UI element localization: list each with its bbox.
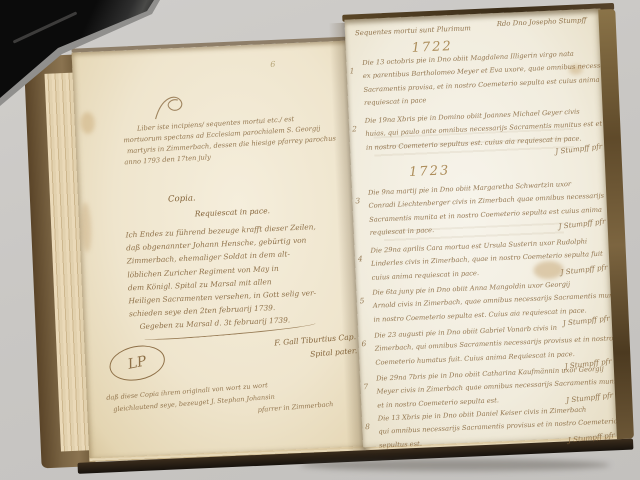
entry-margin-number: 1 <box>349 66 354 75</box>
certificate-body: Ich Endes zu führend bezeuge krafft dies… <box>125 218 359 334</box>
requiescat-line: Requiescat in pace. <box>195 206 271 218</box>
scanner-arm-glint <box>13 11 78 43</box>
fox-spot <box>80 112 95 135</box>
right-page: Sequentes mortui sunt Plurimum Rdo Dno J… <box>344 9 618 448</box>
entry-margin-number: 6 <box>361 339 366 348</box>
entry-margin-number: 7 <box>363 382 368 391</box>
register-header-left: Sequentes mortui sunt Plurimum <box>355 24 471 37</box>
fox-spot <box>80 202 92 252</box>
year-heading-1723: 1723 <box>409 163 451 180</box>
table-shadow <box>300 459 610 471</box>
seal-initials: LP <box>126 353 148 372</box>
copia-label: Copia. <box>168 193 196 204</box>
left-page: 6 Liber iste incipiens/ sequentes mortui… <box>72 41 365 459</box>
signature-block: F. Gall Tiburtius Cap. Spital pater. <box>216 330 358 369</box>
photo-scene: 6 Liber iste incipiens/ sequentes mortui… <box>0 0 640 480</box>
flourish-mark-icon <box>151 91 196 121</box>
register-header-right: Rdo Dno Josepho Stumpff <box>497 16 587 28</box>
entry-margin-number: 5 <box>359 296 364 305</box>
register-entry: 3 Die 9na martij pie in Dno obiit Margar… <box>368 177 606 236</box>
entry-margin-number: 4 <box>358 254 363 263</box>
entry-margin-number: 8 <box>365 422 370 431</box>
entry-margin-number: 2 <box>352 124 357 133</box>
register-entry: 2 Die 19na Xbris pie in Domino obiit Joa… <box>365 105 603 161</box>
entry-margin-number: 3 <box>355 196 360 205</box>
open-book: 6 Liber iste incipiens/ sequentes mortui… <box>7 3 634 477</box>
register-entry: 1 Die 13 octobris pie in Dno obiit Magda… <box>362 47 600 108</box>
page-number-mark: 6 <box>270 60 275 69</box>
attestation-block: daß diese Copia ihrem originali von wort… <box>106 372 358 428</box>
locus-sigilli-seal: LP <box>106 341 168 385</box>
header-note: Liber iste incipiens/ sequentes mortui e… <box>123 113 345 167</box>
